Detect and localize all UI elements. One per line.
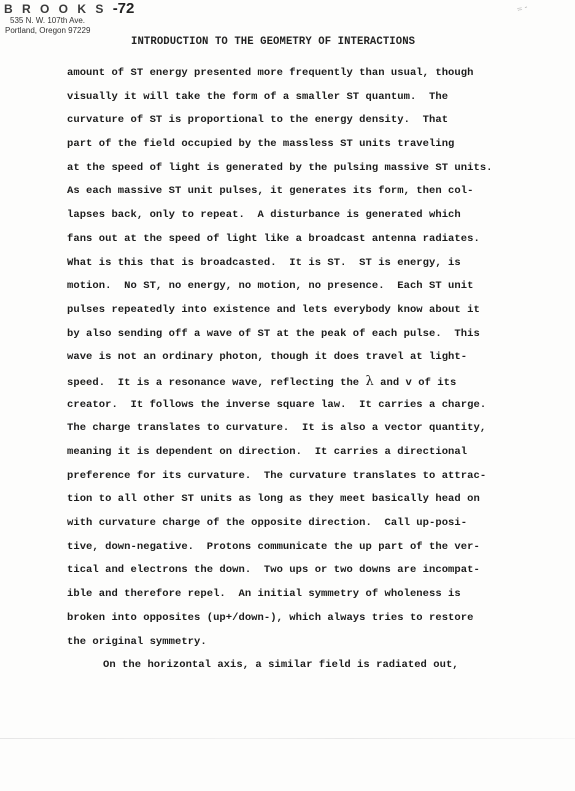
text-line: What is this that is broadcasted. It is … [67, 252, 537, 276]
address-stamp: B R O O K S -72 535 N. W. 107th Ave. Por… [4, 2, 134, 36]
text-line: with curvature charge of the opposite di… [67, 512, 537, 536]
text-line: the original symmetry. [67, 631, 537, 655]
text-line: pulses repeatedly into existence and let… [67, 299, 537, 323]
text-fragment: and v of its [374, 377, 457, 389]
stamp-city: Portland, Oregon 97229 [4, 26, 134, 36]
text-line: creator. It follows the inverse square l… [67, 394, 537, 418]
text-line: visually it will take the form of a smal… [67, 86, 537, 110]
text-line: part of the field occupied by the massle… [67, 133, 537, 157]
text-line: by also sending off a wave of ST at the … [67, 323, 537, 347]
stamp-author-name: B R O O K S [4, 2, 106, 16]
paragraph-start-line: On the horizontal axis, a similar field … [67, 654, 537, 678]
text-line: tical and electrons the down. Two ups or… [67, 559, 537, 583]
document-title: INTRODUCTION TO THE GEOMETRY OF INTERACT… [131, 36, 415, 48]
corner-pencil-mark: ≈ - [515, 2, 528, 15]
text-line: at the speed of light is generated by th… [67, 157, 537, 181]
page-fold-line [0, 738, 575, 739]
text-line: lapses back, only to repeat. A disturban… [67, 204, 537, 228]
text-line: tive, down-negative. Protons communicate… [67, 536, 537, 560]
lambda-symbol: λ [366, 374, 374, 389]
document-body: amount of ST energy presented more frequ… [67, 62, 537, 678]
text-line: As each massive ST unit pulses, it gener… [67, 180, 537, 204]
stamp-author: B R O O K S -72 [4, 2, 134, 16]
text-line: The charge translates to curvature. It i… [67, 417, 537, 441]
text-line: ible and therefore repel. An initial sym… [67, 583, 537, 607]
text-line: broken into opposites (up+/down-), which… [67, 607, 537, 631]
text-line: meaning it is dependent on direction. It… [67, 441, 537, 465]
text-fragment: speed. It is a resonance wave, reflectin… [67, 377, 366, 389]
stamp-page-number: -72 [113, 0, 135, 17]
text-line: amount of ST energy presented more frequ… [67, 62, 537, 86]
text-line: curvature of ST is proportional to the e… [67, 109, 537, 133]
text-line: motion. No ST, no energy, no motion, no … [67, 275, 537, 299]
stamp-street: 535 N. W. 107th Ave. [4, 16, 134, 26]
text-line-lambda: speed. It is a resonance wave, reflectin… [67, 370, 537, 394]
text-line: preference for its curvature. The curvat… [67, 465, 537, 489]
text-line: wave is not an ordinary photon, though i… [67, 346, 537, 370]
text-line: tion to all other ST units as long as th… [67, 488, 537, 512]
text-line: fans out at the speed of light like a br… [67, 228, 537, 252]
